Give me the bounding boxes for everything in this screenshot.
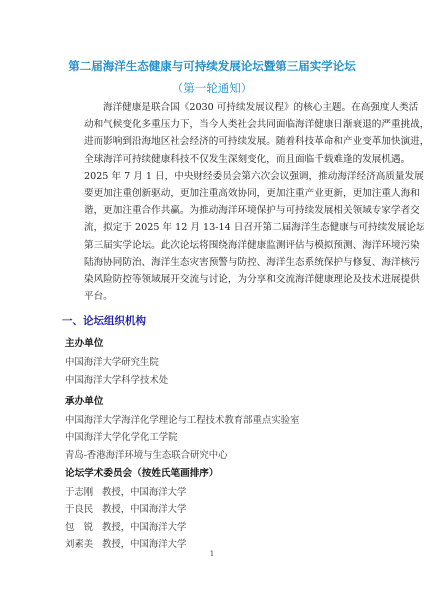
document-title: 第二届海洋生态健康与可持续发展论坛暨第三届实学论坛 — [0, 58, 424, 74]
host-item: 中国海洋大学研究生院 — [65, 354, 159, 368]
intro-line: 第三届实学论坛。此次论坛将围绕海洋健康监测评估与模拟预测、海洋环境污染 — [65, 237, 363, 254]
host-label: 主办单位 — [65, 335, 103, 349]
organizer-item: 中国海洋大学海洋化学理论与工程技术教育部重点实验室 — [65, 412, 299, 426]
member-detail: 教授，中国海洋大学 — [102, 484, 186, 498]
member-detail: 教授，中国海洋大学 — [102, 519, 186, 533]
committee-member: 于良民 教授，中国海洋大学 — [65, 501, 186, 515]
member-detail: 教授，中国海洋大学 — [102, 501, 186, 515]
intro-line: 染风险防控等领域展开交流与讨论，为分享和交流海洋健康理论及技术进展提供 — [65, 271, 363, 288]
intro-line: 动和气候变化多重压力下，当今人类社会共同面临海洋健康日渐衰退的严重挑战， — [65, 116, 363, 133]
member-name: 刘素美 — [65, 536, 99, 550]
intro-line: 海洋健康是联合国《2030 可持续发展议程》的核心主题。在高强度人类活 — [65, 99, 363, 116]
intro-line: 谐，更加注重合作共赢。为推动海洋环境保护与可持续发展相关领域专家学者交 — [65, 202, 363, 219]
member-name: 于志刚 — [65, 484, 99, 498]
committee-member: 包 锐 教授，中国海洋大学 — [65, 519, 186, 533]
document-subtitle: （第一轮通知） — [0, 80, 424, 96]
intro-line: 全球海洋可持续健康科技不仅发生深刻变化，而且面临千载难逢的发展机遇。 — [65, 151, 363, 168]
organizer-item: 中国海洋大学化学化工学院 — [65, 429, 178, 443]
intro-line: 平台。 — [65, 288, 363, 305]
organizer-item: 青岛-香港海洋环境与生态联合研究中心 — [65, 447, 228, 461]
section-heading-organization: 一、论坛组织机构 — [62, 313, 146, 328]
intro-line: 2025 年 7 月 1 日，中央财经委员会第六次会议强调，推动海洋经济高质量发… — [65, 168, 363, 185]
committee-label: 论坛学术委员会（按姓氏笔画排序） — [65, 465, 219, 479]
page-number: 1 — [0, 550, 424, 558]
intro-paragraph: 海洋健康是联合国《2030 可持续发展议程》的核心主题。在高强度人类活 动和气候… — [65, 99, 363, 305]
organizer-label: 承办单位 — [65, 393, 103, 407]
intro-line: 要更加注重创新驱动，更加注重高效协同，更加注重产业更新，更加注重人海和 — [65, 185, 363, 202]
committee-member: 于志刚 教授，中国海洋大学 — [65, 484, 186, 498]
intro-line: 进而影响到沿海地区社会经济的可持续发展。随着科技革命和产业变革加快演进， — [65, 133, 363, 150]
committee-member: 刘素美 教授，中国海洋大学 — [65, 536, 186, 550]
document-page: 第二届海洋生态健康与可持续发展论坛暨第三届实学论坛 （第一轮通知） 海洋健康是联… — [0, 0, 424, 599]
member-detail: 教授，中国海洋大学 — [102, 536, 186, 550]
member-name: 于良民 — [65, 501, 99, 515]
host-item: 中国海洋大学科学技术处 — [65, 372, 168, 386]
intro-line: 陆海协同防治、海洋生态灾害预警与防控、海洋生态系统保护与修复、海洋核污 — [65, 254, 363, 271]
intro-line: 流，拟定于 2025 年 12 月 13-14 日召开第二届海洋生态健康与可持续… — [65, 219, 363, 236]
member-name: 包 锐 — [65, 519, 99, 533]
